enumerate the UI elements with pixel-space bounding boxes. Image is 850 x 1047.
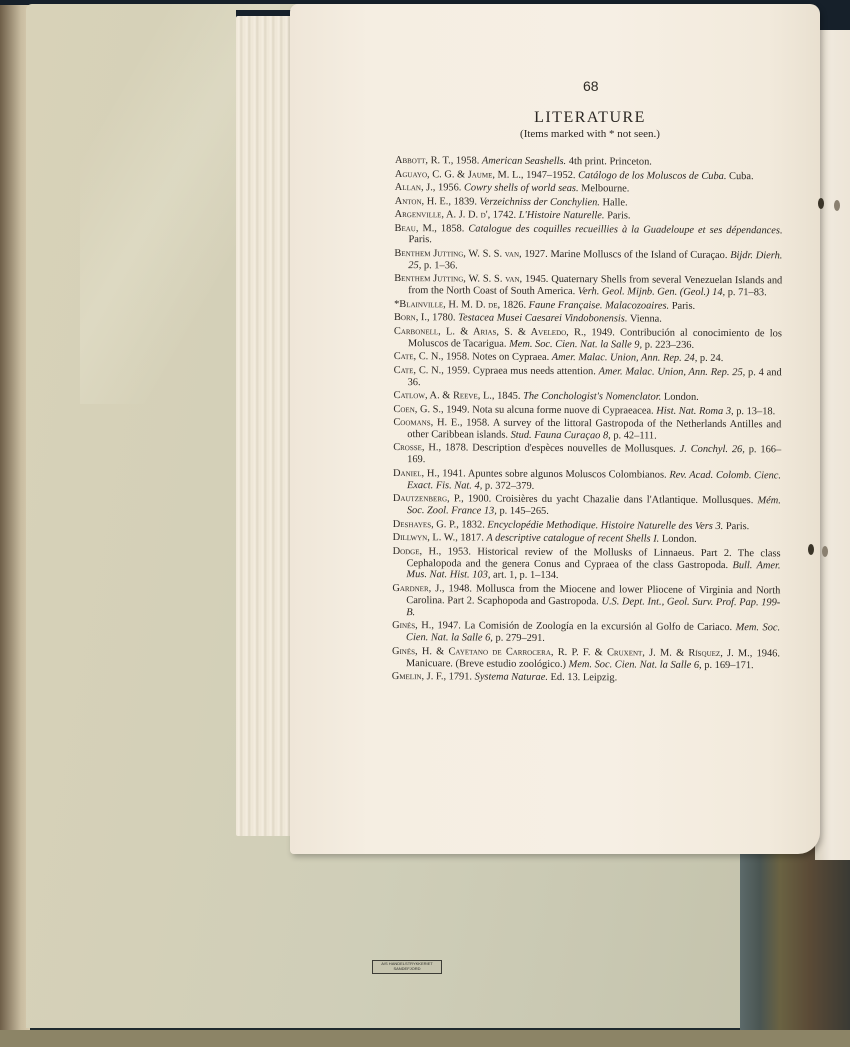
reference-entry: Coomans, H. E., 1958. A survey of the li… (393, 417, 781, 443)
punch-hole-icon (834, 200, 840, 211)
reference-entry: Cate, C. N., 1958. Notes on Cypraea. Ame… (394, 351, 782, 365)
ref-journal: Mem. Soc. Cien. Nat. la Salle 9, (509, 338, 642, 350)
reference-entry: Aguayo, C. G. & Jaume, M. L., 1947–1952.… (395, 168, 783, 182)
ref-author: Ginés, H. & Cayetano de Carrocera, R. P.… (392, 646, 752, 659)
ref-text: p. 169–171. (702, 659, 754, 670)
ref-author: Deshayes, G. P., (393, 519, 459, 530)
ref-author: Daniel, H., (393, 468, 440, 479)
ref-author: Dillwyn, L. W., (393, 532, 458, 543)
ref-text: 1941. Apuntes sobre algunos Moluscos Col… (440, 468, 670, 480)
ref-text: Melbourne. (579, 183, 630, 194)
reference-entry: Carbonell, L. & Arias, S. & Aveledo, R.,… (394, 326, 782, 352)
ref-text: London. (661, 392, 699, 403)
reference-entry: Deshayes, G. P., 1832. Encyclopédie Meth… (393, 519, 781, 533)
reference-entry: Coen, G. S., 1949. Nota su alcuna forme … (393, 404, 781, 418)
ref-text: 4th print. Princeton. (566, 156, 652, 168)
reference-entry: Ginés, H., 1947. La Comisión de Zoología… (392, 620, 780, 646)
reference-entry: *Blainville, H. M. D. de, 1826. Faune Fr… (394, 299, 782, 313)
ref-journal: American Seashells. (482, 156, 566, 168)
ref-journal: The Conchologist's Nomenclator. (523, 391, 661, 403)
reference-entry: Dautzenberg, P., 1900. Croisières du yac… (393, 493, 781, 519)
ref-journal: Cowry shells of world seas. (464, 182, 579, 194)
reference-entry: Cate, C. N., 1959. Cypraea mus needs att… (394, 365, 782, 391)
reference-entry: Gmelin, J. F., 1791. Systema Naturae. Ed… (392, 671, 780, 685)
ref-text: 1959. Cypraea mus needs attention. (444, 365, 599, 377)
ref-author: Benthem Jutting, W. S. S. van, (394, 273, 522, 285)
ref-author: Gardner, J., (392, 583, 444, 594)
ref-journal: Encyclopédie Methodique. Histoire Nature… (487, 519, 723, 531)
ref-author: Catlow, A. & Reeve, L., (393, 390, 494, 402)
ref-text: p. 1–36. (421, 260, 457, 271)
ref-text: p. 372–379. (482, 480, 534, 491)
ref-author: Dodge, H., (393, 546, 442, 557)
ref-text: 1947. La Comisión de Zoología en la excu… (434, 621, 736, 634)
ref-author: Beau, M., (395, 222, 437, 233)
ref-author: Ginés, H., (392, 620, 434, 631)
ref-journal: Catalogue des coquilles recueillies à la… (468, 223, 782, 236)
ref-journal: Verh. Geol. Mijnb. Gen. (Geol.) 14, (578, 286, 725, 298)
ref-journal: Faune Française. Malacozoaires. (529, 300, 670, 312)
ref-text: Paris. (408, 234, 431, 245)
ref-author: Benthem Jutting, W. S. S. van, (394, 248, 521, 260)
ref-text: 1845. (494, 391, 523, 402)
ref-author: Dautzenberg, P., (393, 493, 464, 504)
ref-author: Born, I., (394, 312, 430, 323)
ref-author: Carbonell, L. & Arias, S. & Aveledo, R., (394, 326, 586, 338)
reference-entry: Abbott, R. T., 1958. American Seashells.… (395, 155, 783, 169)
ref-text: 1878. Description d'espèces nouvelles de… (441, 443, 680, 455)
reference-entry: Beau, M., 1858. Catalogue des coquilles … (394, 222, 782, 248)
ref-text: p. 223–236. (642, 339, 694, 350)
ref-journal: L'Histoire Naturelle. (519, 210, 605, 222)
ref-text: Paris. (723, 521, 749, 532)
section-subtitle: (Items marked with * not seen.) (395, 128, 785, 140)
ref-text: Vienna. (627, 314, 661, 325)
ref-text: 1949. Nota su alcuna forme nuove di Cypr… (444, 404, 657, 416)
reference-entry: Catlow, A. & Reeve, L., 1845. The Concho… (393, 390, 781, 404)
ref-text: 1826. (500, 299, 529, 310)
section-title: LITERATURE (395, 109, 785, 127)
reference-list: Abbott, R. T., 1958. American Seashells.… (392, 155, 783, 687)
ref-journal: J. Conchyl. 26, (680, 444, 745, 455)
ref-text: 1858. (437, 223, 468, 234)
ref-text: 1947–1952. (524, 169, 579, 180)
reference-entry: Argenville, A. J. D. d', 1742. L'Histoir… (395, 209, 783, 223)
ref-journal: Stud. Fauna Curaçao 8, (511, 430, 611, 442)
page-number: 68 (583, 78, 599, 94)
ref-author: Gmelin, J. F., (392, 671, 446, 682)
ref-author: Cate, C. N., (394, 365, 444, 376)
reference-entry: Ginés, H. & Cayetano de Carrocera, R. P.… (392, 646, 780, 672)
ref-journal: Systema Naturae. (475, 672, 548, 683)
reference-entry: Born, I., 1780. Testacea Musei Caesarei … (394, 312, 782, 326)
ref-text: 1958. (453, 155, 482, 166)
ref-text: Paris. (604, 210, 630, 221)
ref-text: 1956. (435, 182, 464, 193)
ref-author: Coen, G. S., (393, 404, 443, 415)
reference-entry: Allan, J., 1956. Cowry shells of world s… (395, 182, 783, 196)
ref-text: Paris. (669, 300, 695, 311)
reference-entry: Crosse, H., 1878. Description d'espèces … (393, 442, 781, 468)
background-table-corner (740, 840, 850, 1047)
ref-text: Ed. 13. Leipzig. (548, 672, 617, 683)
ref-author: Aguayo, C. G. & Jaume, M. L., (395, 168, 524, 180)
ref-text: 1817. (458, 533, 487, 544)
ref-text: 1953. Historical review of the Mollusks … (406, 546, 780, 571)
ref-author: Coomans, H. E., (393, 417, 462, 428)
stamp-line-2: SANDEFJORD (373, 966, 441, 971)
reference-entry: Benthem Jutting, W. S. S. van, 1945. Qua… (394, 273, 782, 299)
next-page-edge (815, 30, 850, 860)
ref-author: Anton, H. E., (395, 195, 451, 206)
ref-text: 1742. (490, 210, 519, 221)
ref-text: Halle. (600, 197, 628, 208)
ref-text: 1791. (446, 671, 475, 682)
printer-stamp: A/S HANDELSTRYKKERIET SANDEFJORD (372, 960, 442, 974)
ref-text: 1780. (430, 312, 459, 323)
background-bottom-edge (0, 1030, 850, 1047)
ref-journal: Catálogo de los Moluscos de Cuba. (578, 170, 726, 182)
ref-author: Crosse, H., (393, 442, 441, 453)
ref-text: 1900. Croisières du yacht Chazalie dans … (464, 494, 758, 507)
reference-entry: Daniel, H., 1941. Apuntes sobre algunos … (393, 468, 781, 494)
reference-entry: Anton, H. E., 1839. Verzeichniss der Con… (395, 195, 783, 209)
ref-journal: Testacea Musei Caesarei Vindobonensis. (458, 313, 627, 325)
ref-text: p. 71–83. (725, 287, 767, 298)
ref-text: p. 42–111. (611, 430, 657, 441)
ref-author: Allan, J., (395, 182, 436, 193)
ref-journal: Amer. Malac. Union, Ann. Rep. 25, (599, 366, 746, 378)
punch-hole-icon (818, 198, 824, 209)
punch-hole-icon (822, 546, 828, 557)
ref-text: Cuba. (726, 171, 753, 182)
ref-text: p. 13–18. (734, 406, 776, 417)
ref-author: Argenville, A. J. D. d', (395, 209, 491, 221)
ref-text: 1958. Notes on Cypraea. (444, 351, 552, 363)
ref-text: p. 145–265. (497, 506, 549, 517)
ref-text: art. 1, p. 1–134. (490, 570, 558, 581)
ref-text: p. 24. (697, 353, 723, 364)
ref-journal: Verzeichniss der Conchylien. (480, 196, 600, 208)
ref-journal: A descriptive catalogue of recent Shells… (486, 533, 659, 545)
ref-author: *Blainville, H. M. D. de, (394, 299, 500, 311)
punch-hole-icon (808, 544, 814, 555)
ref-text: 1832. (459, 519, 488, 530)
ref-text: 1927. Marine Molluscs of the Island of C… (522, 249, 731, 261)
ref-journal: Mem. Soc. Cien. Nat. la Salle 6, (569, 659, 702, 671)
ref-author: Abbott, R. T., (395, 155, 453, 166)
reference-entry: Gardner, J., 1948. Mollusca from the Mio… (392, 583, 780, 621)
reference-entry: Dillwyn, L. W., 1817. A descriptive cata… (393, 532, 781, 546)
ref-journal: Hist. Nat. Roma 3, (656, 405, 733, 416)
ref-author: Cate, C. N., (394, 351, 444, 362)
ref-text: 1839. (451, 196, 480, 207)
ref-text: p. 279–291. (493, 633, 545, 644)
reference-entry: Dodge, H., 1953. Historical review of th… (392, 546, 780, 584)
ref-text: London. (659, 534, 697, 545)
reference-entry: Benthem Jutting, W. S. S. van, 1927. Mar… (394, 248, 782, 274)
ref-journal: Amer. Malac. Union, Ann. Rep. 24, (552, 352, 698, 364)
